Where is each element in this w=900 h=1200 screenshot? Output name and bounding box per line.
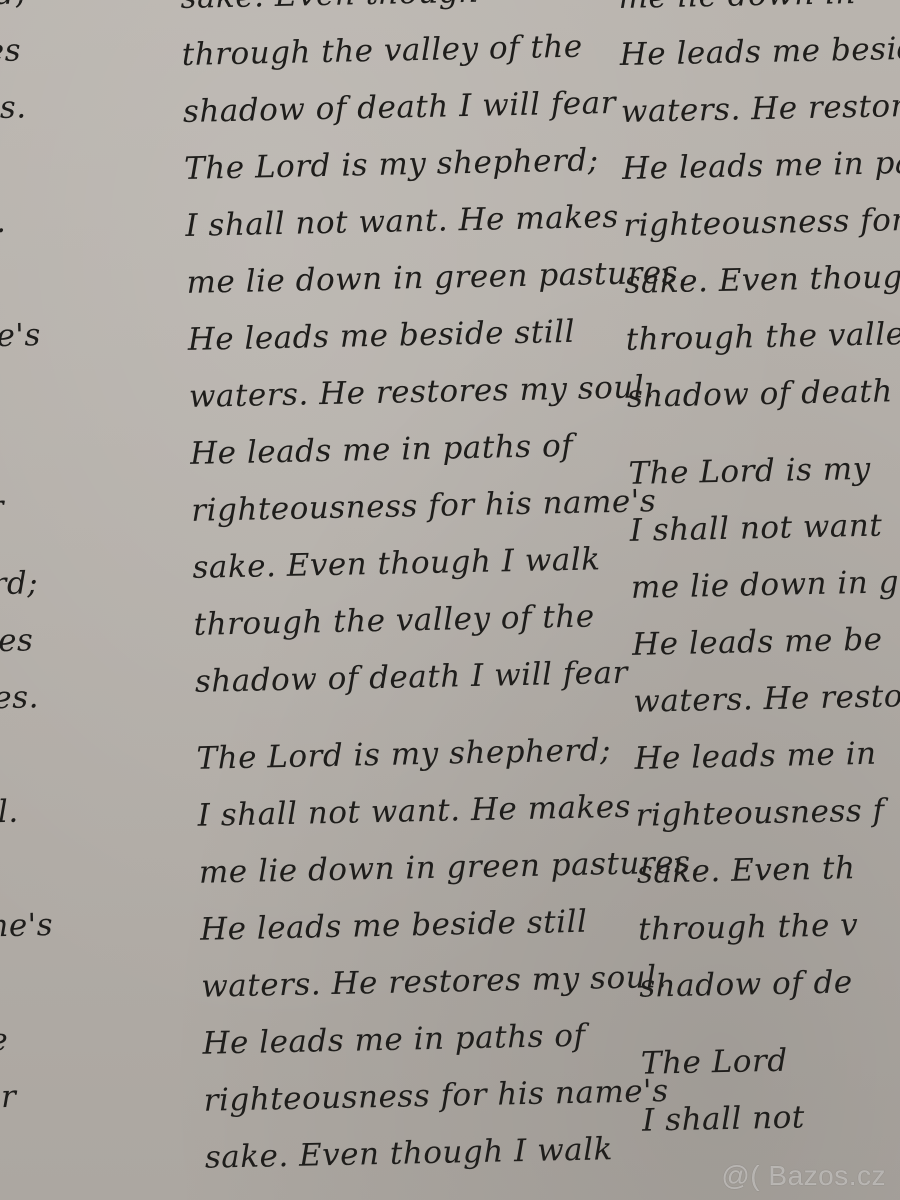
- script-line: gh I walk: [0, 954, 55, 1016]
- script-line: The Lord is my: [628, 439, 900, 503]
- script-line: nt. He makes: [0, 22, 35, 84]
- script-line: my shepherd;: [0, 555, 47, 617]
- script-line: The Lord is my shepherd;: [196, 720, 699, 788]
- script-line: waters. He resto: [633, 667, 900, 731]
- script-line: me lie down in gr: [630, 553, 900, 617]
- script-line: through the v: [638, 895, 900, 959]
- script-line: waters. He restores: [620, 77, 900, 141]
- script-line: I shall not want. He makes: [197, 777, 700, 845]
- script-line: res my soul.: [0, 193, 39, 255]
- script-line: me lie down in green pastures.: [198, 834, 701, 902]
- script-line: righteousness for his name's: [203, 1062, 706, 1130]
- script-line: nt. He makes: [0, 612, 48, 674]
- script-line: een pastures.: [0, 79, 37, 141]
- script-line: res my soul.: [0, 783, 51, 845]
- script-line: beside still: [0, 726, 50, 788]
- script-line: shadow of death I will fear: [182, 73, 685, 141]
- script-line: een pastures.: [0, 669, 49, 731]
- script-line: sake. Even though: [624, 248, 900, 312]
- script-line: for his name's: [0, 897, 54, 959]
- script-line: shadow of death I: [626, 362, 900, 426]
- script-line: sake. Even th: [636, 838, 900, 902]
- script-line: waters. He restores my soul.: [201, 948, 704, 1016]
- script-line: He leads me beside still: [200, 891, 703, 959]
- script-line: through the valley of the: [193, 586, 696, 654]
- script-line: He leads me in: [634, 724, 900, 788]
- script-line: He leads me in paths of: [202, 1005, 705, 1073]
- script-line: He leads me in paths of: [190, 415, 693, 483]
- script-line: The Lord: [640, 1029, 900, 1093]
- script-line: me lie down in green pastures.: [186, 244, 689, 312]
- script-line: righteousness for his name's: [191, 472, 694, 540]
- script-line: shadow of de: [639, 952, 900, 1016]
- script-line: gh I walk: [0, 364, 43, 426]
- script-line: He leads me beside still: [187, 301, 690, 369]
- script-line: sake. Even though I walk: [204, 1119, 707, 1187]
- watermark: @( Bazos.cz: [721, 1160, 886, 1192]
- script-line: The Lord is my shepherd;: [184, 130, 687, 198]
- script-line: sake. Even though I walk: [192, 529, 695, 597]
- script-line: paths of: [0, 840, 53, 902]
- script-line: through the valley: [625, 305, 900, 369]
- script-line: waters. He restores my soul.: [188, 358, 691, 426]
- script-line: shadow of death I will fear: [194, 643, 697, 711]
- script-line: I shall not want: [629, 496, 900, 560]
- script-line: He leads me in pa: [622, 134, 900, 198]
- script-line: I shall not: [642, 1086, 900, 1150]
- script-column-right: me lie down inHe leads me besidewaters. …: [618, 0, 900, 1150]
- script-line: I shall not want. He makes: [185, 187, 688, 255]
- script-line: righteousness f: [635, 781, 900, 845]
- script-line: He leads me beside: [619, 20, 900, 84]
- script-line: alley of the: [0, 421, 44, 483]
- script-line: for his name's: [0, 307, 41, 369]
- script-line: h I will fear: [0, 478, 45, 540]
- script-line: paths of: [0, 250, 40, 312]
- script-line: He leads me be: [632, 610, 900, 674]
- script-line: h I will fear: [0, 1068, 57, 1130]
- script-line: alley of the: [0, 1011, 56, 1073]
- script-line: righteousness for hi: [623, 191, 900, 255]
- script-line: through the valley of the: [181, 16, 684, 84]
- script-line: beside still: [0, 136, 38, 198]
